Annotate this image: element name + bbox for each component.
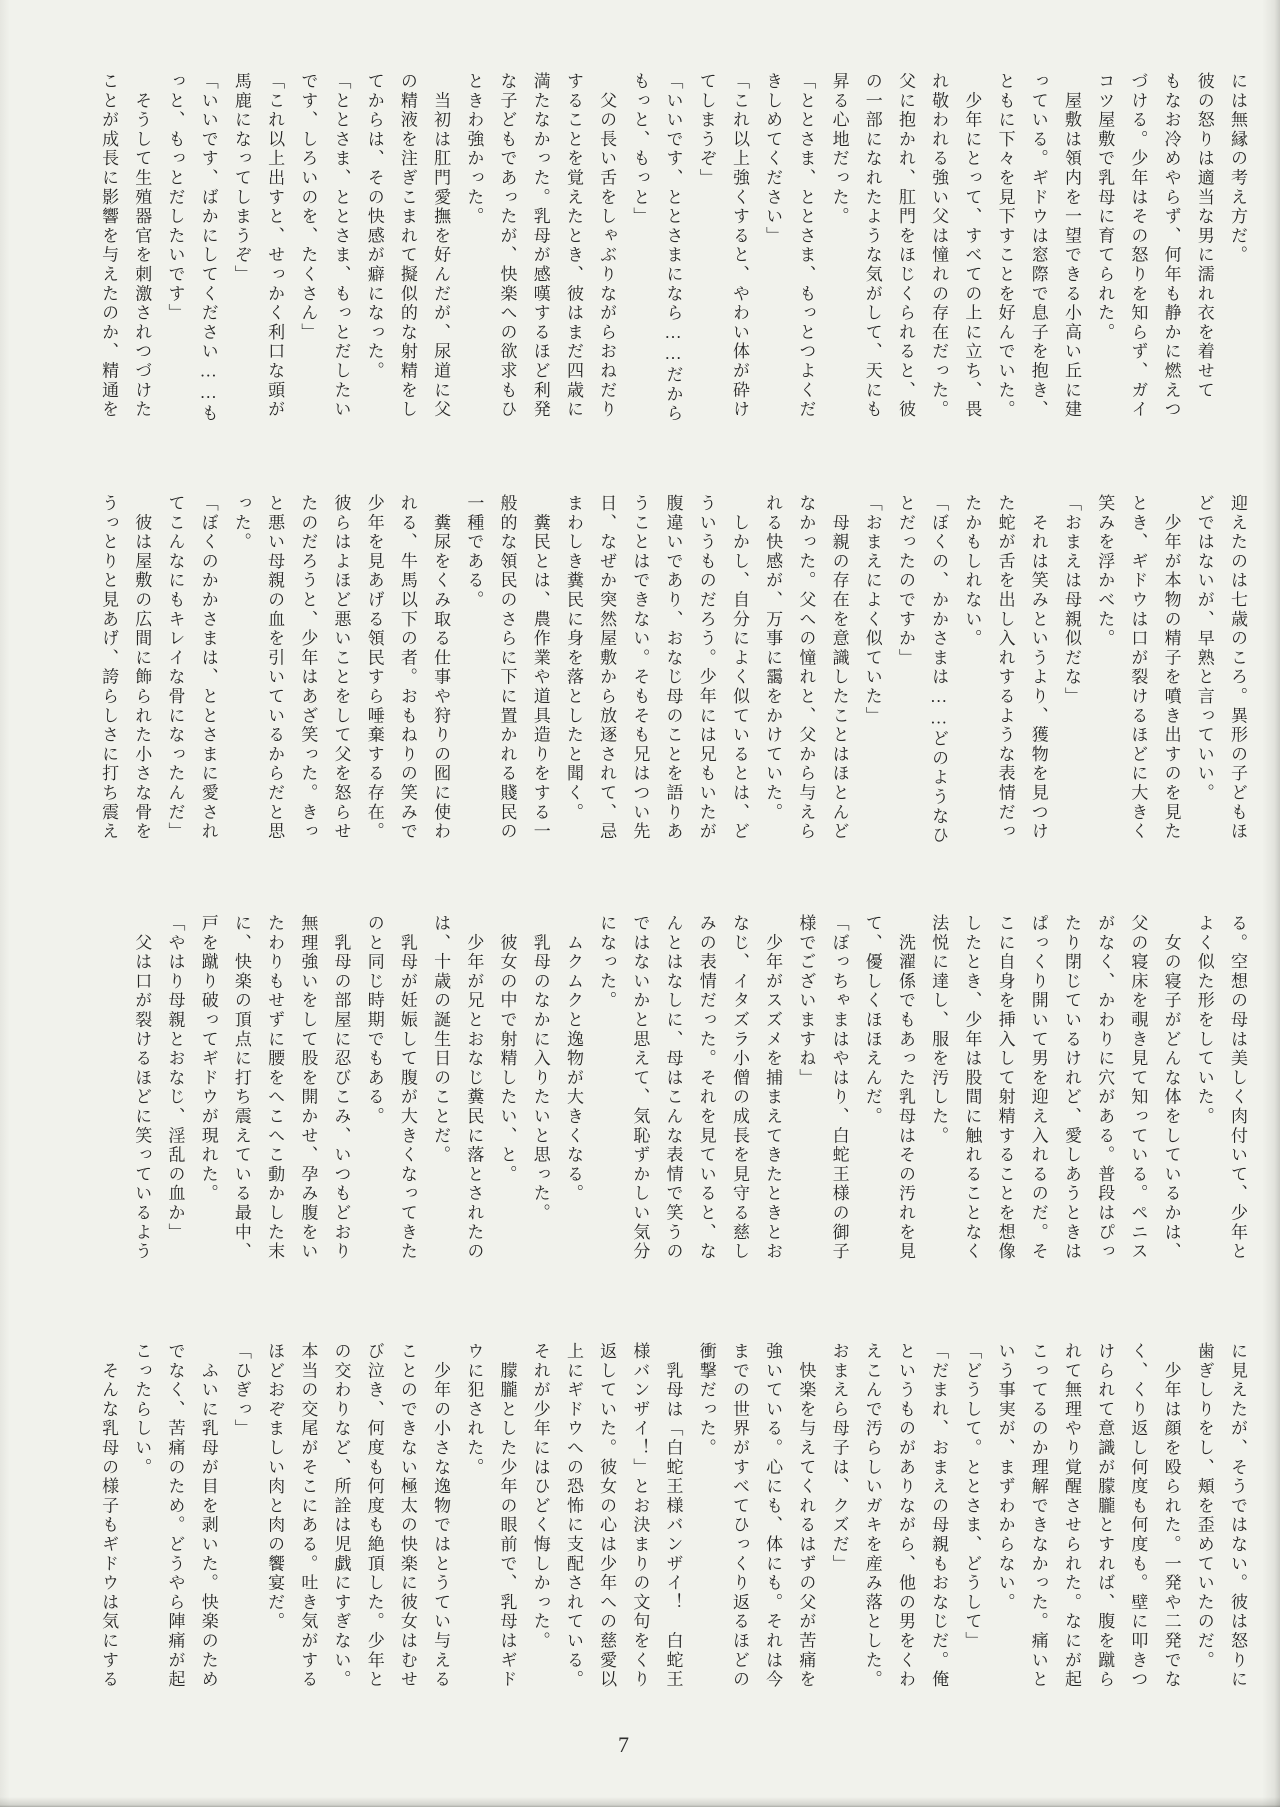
text-column: 「これ以上強くすると、やわい体が砕け [723,72,756,444]
text-column: 乳母が妊娠して腹が大きくなってきた [391,914,424,1286]
text-column: 彼の怒りは適当な男に濡れ衣を着せて [1188,72,1221,444]
text-column: 法悦に達し、服を汚した。 [922,914,955,1286]
text-column: 少年を見あげる領民すら唾棄する存在。 [358,494,391,866]
text-column: は、十歳の誕生日のことだ。 [424,914,457,1286]
text-column: それは笑みというより、獲物を見つけ [1022,494,1055,866]
text-column: 彼らはよほど悪いことをして父を怒らせ [324,494,357,866]
text-column: 少年の小さな逸物ではとうてい与える [424,1342,457,1714]
text-column: れる、牛馬以下の者。おもねりの笑みで [391,494,424,866]
text-column: 日、なぜか突然屋敷から放逐されて、忌 [590,494,623,866]
text-column: ともに下々を見下すことを好んでいた。 [988,72,1021,444]
text-column: 乳母のなかに入りたいと思った。 [524,914,557,1286]
text-column: び泣き、何度も何度も絶頂した。少年と [358,1342,391,1714]
text-column: そんな乳母の様子もギドウは気にする [92,1342,125,1714]
text-column: ことが成長に影響を与えたのか、精通を [92,72,125,444]
text-column: てからは、その快感が癖になった。 [358,72,391,444]
text-band-1: には無縁の考え方だ。彼の怒りは適当な男に濡れ衣を着せてもなお冷めやらず、何年も静… [92,72,1254,444]
scanned-book-page: には無縁の考え方だ。彼の怒りは適当な男に濡れ衣を着せてもなお冷めやらず、何年も静… [0,0,1280,1807]
text-column: んとはなしに、母はこんな表情で笑うの [656,914,689,1286]
text-column: えこんで汚らしいガキを産み落とした。 [856,1342,889,1714]
text-column: 少年がスズメを捕まえてきたときとお [756,914,789,1286]
text-column: なかった。父への憧れと、父から与えら [789,494,822,866]
text-column: 「おまえによく似ていた」 [856,494,889,866]
text-column: 父は口が裂けるほどに笑っているよう [125,914,158,1286]
text-column: です、しろいのを、たくさん」 [291,72,324,444]
text-column: れて無理やり覚醒させられた。なにが起 [1055,1342,1088,1714]
text-column: でなく、苦痛のため。どうやら陣痛が起 [158,1342,191,1714]
text-column: どではないが、早熟と言っていい。 [1188,494,1221,866]
text-column: 「ぼっちゃまはやはり、白蛇王様の御子 [822,914,855,1286]
text-column: っと、もっとだしたいです」 [158,72,191,444]
text-column: 洗濯係でもあった乳母はその汚れを見 [889,914,922,1286]
text-column: 父の長い舌をしゃぶりながらおねだり [590,72,623,444]
text-column: 笑みを浮かべた。 [1088,494,1121,866]
text-column: れる快感が、万事に靄をかけていた。 [756,494,789,866]
text-column: づける。少年はその怒りを知らず、ガイ [1121,72,1154,444]
text-column: 「ととさま、ととさま、もっとつよくだ [789,72,822,444]
text-column: 糞民とは、農作業や道具造りをする一 [524,494,557,866]
text-column: とき、ギドウは口が裂けるほどに大きく [1121,494,1154,866]
text-column: 「ぼくのかかさまは、ととさまに愛され [192,494,225,866]
text-column: 快楽を与えてくれるはずの父が苦痛を [789,1342,822,1714]
text-column: 少年が兄とおなじ糞民に落とされたの [457,914,490,1286]
text-column: な子どもであったが、快楽への欲求もひ [490,72,523,444]
text-column: みの表情だった。それを見ていると、な [690,914,723,1286]
text-column: 歯ぎしりをし、頬を歪めていたのだ。 [1188,1342,1221,1714]
text-column: 一種である。 [457,494,490,866]
text-column: ぱっくり開いて男を迎え入れるのだ。そ [1022,914,1055,1286]
text-column: 無理強いをして股を開かせ、孕み腹をい [291,914,324,1286]
text-column: うっとりと見あげ、誇らしさに打ち震え [92,494,125,866]
text-column: 様バンザイ！」とお決まりの文句をくり [623,1342,656,1714]
text-column: 般的な領民のさらに下に置かれる賤民の [490,494,523,866]
text-column: いう事実が、まずわからない。 [988,1342,1021,1714]
text-column: のと同じ時期でもある。 [358,914,391,1286]
text-column: に、快楽の頂点に打ち震えている最中、 [225,914,258,1286]
text-column: ういうものだろう。少年には兄もいたが [690,494,723,866]
text-column: 上にギドウへの恐怖に支配されている。 [557,1342,590,1714]
text-column: 強いている。心にも、体にも。それは今 [756,1342,789,1714]
text-column: することを覚えたとき、彼はまだ四歳に [557,72,590,444]
text-column: なじ、イタズラ小僧の成長を見守る慈し [723,914,756,1286]
text-band-4: に見えたが、そうではない。彼は怒りに歯ぎしりをし、頬を歪めていたのだ。 少年は顔… [92,1342,1254,1714]
text-column: の精液を注ぎこまれて擬似的な射精をし [391,72,424,444]
text-column: そうして生殖器官を刺激されつづけた [125,72,158,444]
text-column: 乳母の部屋に忍びこみ、いつもどおり [324,914,357,1286]
text-column: 「だまれ、おまえの母親もおなじだ。俺 [922,1342,955,1714]
text-column: たわりもせずに腰をへこへこ動かした末 [258,914,291,1286]
scan-edge-shadow-bottom [0,1797,1280,1807]
text-column: になった。 [590,914,623,1286]
text-column: 満たなかった。乳母が感嘆するほど利発 [524,72,557,444]
text-column: 屋敷は領内を一望できる小高い丘に建 [1055,72,1088,444]
text-column: 当初は肛門愛撫を好んだが、尿道に父 [424,72,457,444]
text-column: の交わりなど、所詮は児戯にすぎない。 [324,1342,357,1714]
text-column: 「どうして。ととさま、どうして」 [955,1342,988,1714]
text-column: 「ひぎっ」 [225,1342,258,1714]
text-column: 朦朧とした少年の眼前で、乳母はギド [490,1342,523,1714]
text-column: 「おまえは母親似だな」 [1055,494,1088,866]
text-column: て、優しくほほえんだ。 [856,914,889,1286]
text-column: 衝撃だった。 [690,1342,723,1714]
text-column: たり閉じているけれど、愛しあうときは [1055,914,1088,1286]
text-column: 糞尿をくみ取る仕事や狩りの囮に使わ [424,494,457,866]
text-column: 少年は顔を殴られた。一発や二発でな [1154,1342,1187,1714]
text-column: 彼女の中で射精したい、と。 [490,914,523,1286]
text-column: ではないかと思えて、気恥ずかしい気分 [623,914,656,1286]
text-column: きしめてください」 [756,72,789,444]
text-column: 少年が本物の精子を噴き出すのを見た [1154,494,1187,866]
text-column: 「やはり母親とおなじ、淫乱の血か」 [158,914,191,1286]
text-column: 父の寝床を覗き見て知っている。ペニス [1121,914,1154,1286]
text-column: しかし、自分によく似ているとは、ど [723,494,756,866]
text-column: ウに犯された。 [457,1342,490,1714]
text-column: がなく、かわりに穴がある。普段はぴっ [1088,914,1121,1286]
text-column: 「ととさま、ととさま、もっとだしたい [324,72,357,444]
text-column: おまえら母子は、クズだ」 [822,1342,855,1714]
text-column: こったらしい。 [125,1342,158,1714]
text-column: 「ぼくの、かかさまは……どのようなひ [922,494,955,866]
text-column: てこんなにもキレイな骨になったんだ」 [158,494,191,866]
text-band-2: 迎えたのは七歳のころ。異形の子どもほどではないが、早熟と言っていい。 少年が本物… [92,494,1254,866]
text-column: ときわ強かった。 [457,72,490,444]
text-column: ことのできない極太の快楽に彼女はむせ [391,1342,424,1714]
text-column: けられて意識が朦朧とすれば、腹を蹴ら [1088,1342,1121,1714]
text-column: 少年にとって、すべての上に立ち、畏 [955,72,988,444]
text-column: とだったのですか」 [889,494,922,866]
text-column: 様でございますね」 [789,914,822,1286]
text-column: したとき、少年は股間に触れることなく [955,914,988,1286]
text-column: 「いいです、ばかにしてください……も [192,72,225,444]
text-column: に見えたが、そうではない。彼は怒りに [1221,1342,1254,1714]
text-column: 昇る心地だった。 [822,72,855,444]
text-column: というものがありながら、他の男をくわ [889,1342,922,1714]
text-column: まわしき糞民に身を落としたと聞く。 [557,494,590,866]
text-column: る。空想の母は美しく肉付いて、少年と [1221,914,1254,1286]
text-column: もっと、もっと」 [623,72,656,444]
text-band-3: る。空想の母は美しく肉付いて、少年とよく似た形をしていた。 女の寝子がどんな体を… [125,914,1254,1286]
text-column: ふいに乳母が目を剥いた。快楽のため [192,1342,225,1714]
text-column: 「いいです、ととさまになら……だから [656,72,689,444]
text-column: 馬鹿になってしまうぞ」 [225,72,258,444]
scan-edge-shadow-left [0,0,10,1807]
text-column: こに自身を挿入して射精することを想像 [988,914,1021,1286]
text-column: までの世界がすべてひっくり返るほどの [723,1342,756,1714]
text-column: った。 [225,494,258,866]
page-number: 7 [618,1732,629,1758]
text-column: た蛇が舌を出し入れするような表情だっ [988,494,1021,866]
text-column: と悪い母親の血を引いているからだと思 [258,494,291,866]
text-column: 「これ以上出すと、せっかく利口な頭が [258,72,291,444]
text-column: 腹違いであり、おなじ母のことを語りあ [656,494,689,866]
text-column: こってるのか理解できなかった。痛いと [1022,1342,1055,1714]
text-column: たかもしれない。 [955,494,988,866]
text-column: たのだろうと、少年はあざ笑った。きっ [291,494,324,866]
text-column: ムクムクと逸物が大きくなる。 [557,914,590,1286]
text-column: もなお冷めやらず、何年も静かに燃えつ [1154,72,1187,444]
scan-edge-shadow-right [1262,0,1280,1807]
text-column: 迎えたのは七歳のころ。異形の子どもほ [1221,494,1254,866]
text-column: っている。ギドウは窓際で息子を抱き、 [1022,72,1055,444]
text-column: 乳母は「白蛇王様バンザイ！ 白蛇王 [656,1342,689,1714]
text-column: れ敬われる強い父は憧れの存在だった。 [922,72,955,444]
text-column: には無縁の考え方だ。 [1221,72,1254,444]
text-column: ほどおぞましい肉と肉の饗宴だ。 [258,1342,291,1714]
text-column: の一部になれたような気がして、天にも [856,72,889,444]
text-column: 父に抱かれ、肛門をほじくられると、彼 [889,72,922,444]
text-column: 戸を蹴り破ってギドウが現れた。 [192,914,225,1286]
text-column: 返していた。彼女の心は少年への慈愛以 [590,1342,623,1714]
text-column: うことはできない。そもそも兄はつい先 [623,494,656,866]
text-column: く、くり返し何度も何度も。壁に叩きつ [1121,1342,1154,1714]
text-column: 本当の交尾がそこにある。吐き気がする [291,1342,324,1714]
text-column: コツ屋敷で乳母に育てられた。 [1088,72,1121,444]
text-column: 母親の存在を意識したことはほとんど [822,494,855,866]
text-column: 彼は屋敷の広間に飾られた小さな骨を [125,494,158,866]
text-column: てしまうぞ」 [690,72,723,444]
text-column: それが少年にはひどく悔しかった。 [524,1342,557,1714]
text-column: よく似た形をしていた。 [1188,914,1221,1286]
text-column: 女の寝子がどんな体をしているかは、 [1154,914,1187,1286]
